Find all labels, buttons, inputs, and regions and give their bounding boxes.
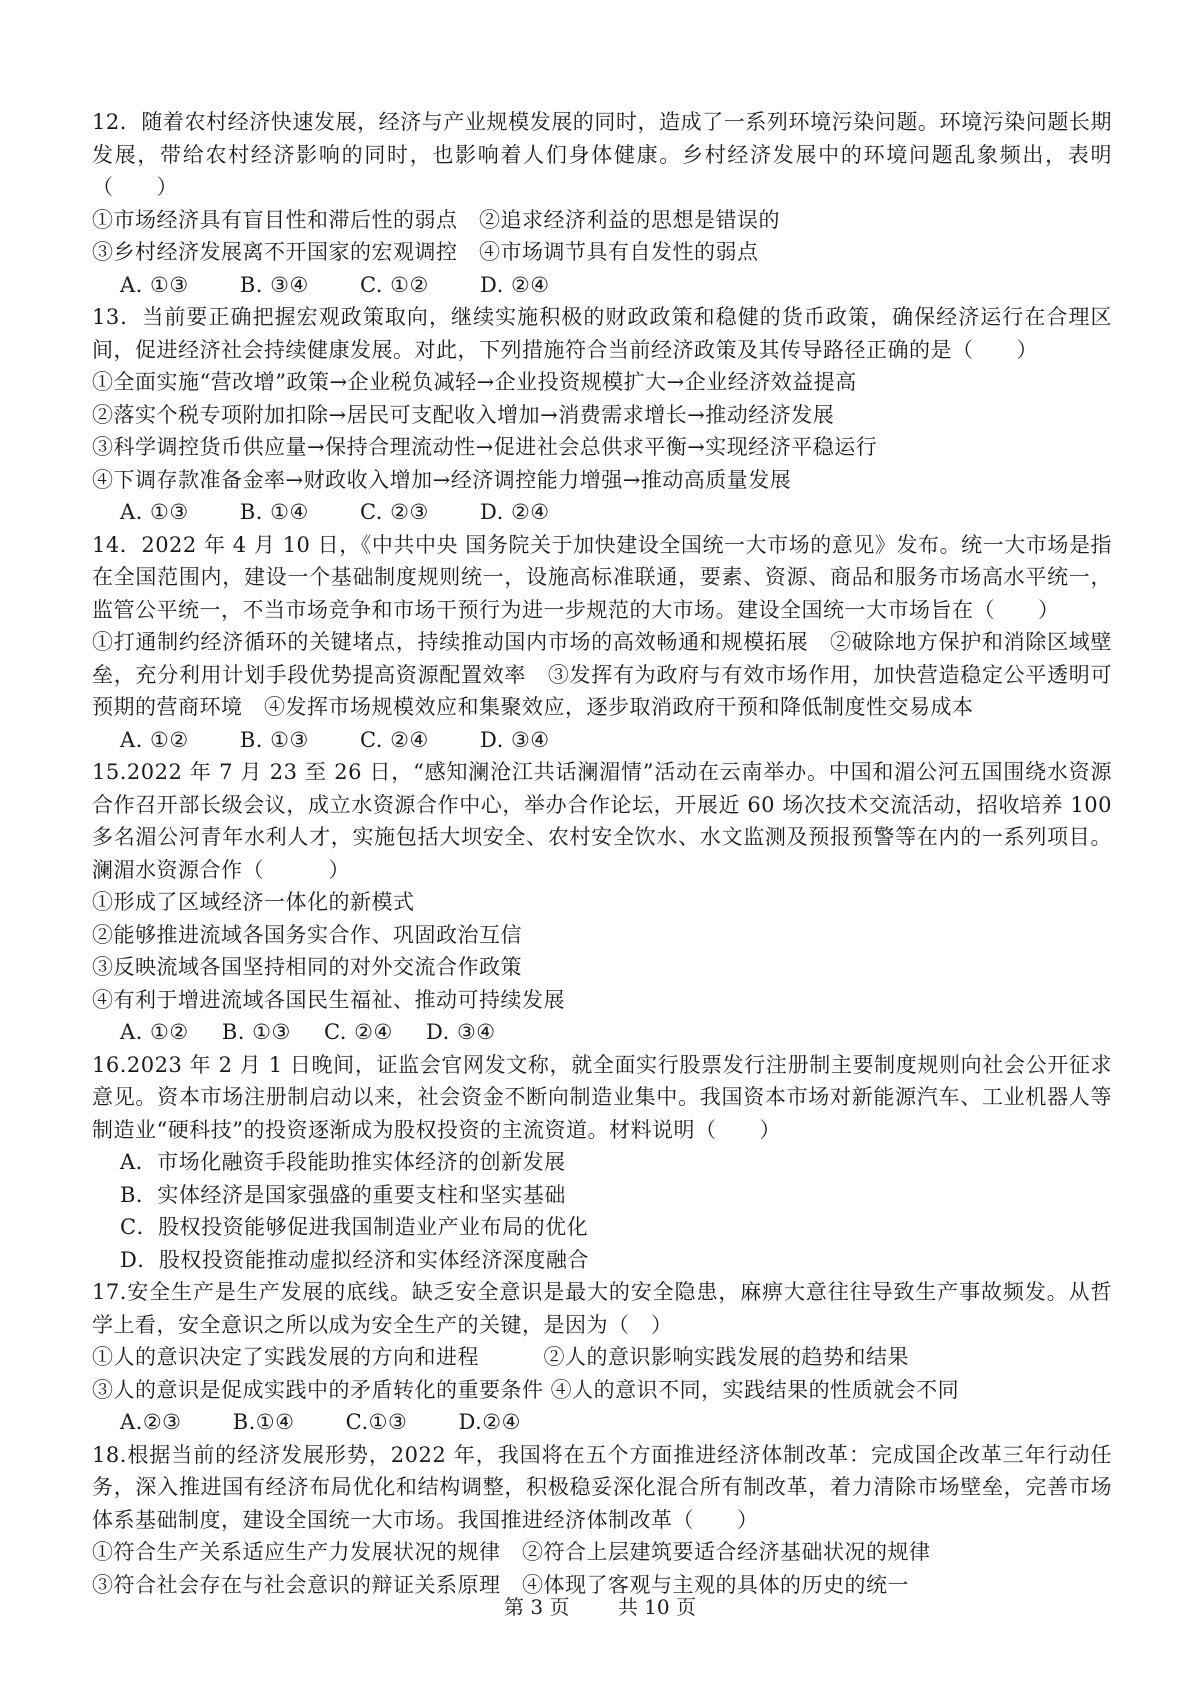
question-18: 18.根据当前的经济发展形势，2022 年，我国将在五个方面推进经济体制改革：完… [92,1439,1112,1602]
choice-d: D. ②④ [480,269,550,302]
choice-c: C. ①② [360,269,429,302]
question-14: 14．2022 年 4 月 10 日，《中共中央 国务院关于加快建设全国统一大市… [92,529,1112,757]
choice-d: D. ③④ [480,724,550,757]
question-16-choice-c: C．股权投资能够促进我国制造业产业布局的优化 [92,1211,1112,1244]
question-13: 13．当前要正确把握宏观政策取向，继续实施积极的财政政策和稳健的货币政策，确保经… [92,301,1112,529]
question-15-items-line-3: ③反映流域各国坚持相同的对外交流合作政策 [92,951,1112,984]
choice-c: C. ②③ [360,496,429,529]
total-pages: 共 10 页 [618,1592,696,1622]
choice-a: A. ①② [120,724,189,757]
question-12: 12．随着农村经济快速发展，经济与产业规模发展的同时，造成了一系列环境污染问题。… [92,106,1112,301]
question-16-choice-a: A．市场化融资手段能助推实体经济的创新发展 [92,1146,1112,1179]
question-15-items-line-1: ①形成了区域经济一体化的新模式 [92,886,1112,919]
exam-content: 12．随着农村经济快速发展，经济与产业规模发展的同时，造成了一系列环境污染问题。… [92,106,1112,1601]
question-13-stem: 13．当前要正确把握宏观政策取向，继续实施积极的财政政策和稳健的货币政策，确保经… [92,301,1112,366]
choice-c: C.①③ [346,1406,408,1439]
choice-a: A.②③ [120,1406,182,1439]
question-18-items-line-1: ①符合生产关系适应生产力发展状况的规律 ②符合上层建筑要适合经济基础状况的规律 [92,1536,1112,1569]
choice-b: B. ③④ [240,269,309,302]
choice-b: B. ①③ [240,724,309,757]
question-12-items-line-2: ③乡村经济发展离不开国家的宏观调控 ④市场调节具有自发性的弱点 [92,236,1112,269]
question-13-items-line-3: ③科学调控货币供应量→保持合理流动性→促进社会总供求平衡→实现经济平稳运行 [92,431,1112,464]
question-14-choices: A. ①② B. ①③ C. ②④ D. ③④ [92,724,1112,757]
page-footer: 第 3 页 共 10 页 [0,1592,1200,1622]
question-17: 17.安全生产是生产发展的底线。缺乏安全意识是最大的安全隐患，麻痹大意往往导致生… [92,1276,1112,1439]
choice-b: B.①④ [233,1406,295,1439]
question-12-choices: A. ①③ B. ③④ C. ①② D. ②④ [92,269,1112,302]
question-14-stem: 14．2022 年 4 月 10 日，《中共中央 国务院关于加快建设全国统一大市… [92,529,1112,627]
question-17-items-line-1: ①人的意识决定了实践发展的方向和进程 ②人的意识影响实践发展的趋势和结果 [92,1341,1112,1374]
question-12-stem: 12．随着农村经济快速发展，经济与产业规模发展的同时，造成了一系列环境污染问题。… [92,106,1112,204]
choice-a: A. ①③ [120,269,189,302]
question-15-stem: 15.2022 年 7 月 23 至 26 日，“感知澜沧江共话澜湄情”活动在云… [92,756,1112,886]
question-13-items-line-1: ①全面实施“营改增”政策→企业税负减轻→企业投资规模扩大→企业经济效益提高 [92,366,1112,399]
question-16-choice-d: D．股权投资能推动虚拟经济和实体经济深度融合 [92,1244,1112,1277]
question-15-choices: A. ①② B. ①③ C. ②④ D. ③④ [92,1016,1112,1049]
question-18-stem: 18.根据当前的经济发展形势，2022 年，我国将在五个方面推进经济体制改革：完… [92,1439,1112,1537]
question-16-stem: 16.2023 年 2 月 1 日晚间，证监会官网发文称，就全面实行股票发行注册… [92,1049,1112,1147]
question-14-items: ①打通制约经济循环的关键堵点，持续推动国内市场的高效畅通和规模拓展 ②破除地方保… [92,626,1112,724]
question-16: 16.2023 年 2 月 1 日晚间，证监会官网发文称，就全面实行股票发行注册… [92,1049,1112,1277]
choice-d: D.②④ [458,1406,520,1439]
choice-b: B. ①③ [222,1016,291,1049]
page-number: 第 3 页 [504,1592,569,1622]
choice-d: D. ②④ [480,496,550,529]
choice-a: A. ①② [120,1016,189,1049]
choice-c: C. ②④ [360,724,429,757]
question-17-stem: 17.安全生产是生产发展的底线。缺乏安全意识是最大的安全隐患，麻痹大意往往导致生… [92,1276,1112,1341]
choice-a: A. ①③ [120,496,189,529]
choice-c: C. ②④ [324,1016,393,1049]
question-15: 15.2022 年 7 月 23 至 26 日，“感知澜沧江共话澜湄情”活动在云… [92,756,1112,1049]
question-15-items-line-2: ②能够推进流域各国务实合作、巩固政治互信 [92,919,1112,952]
question-17-choices: A.②③ B.①④ C.①③ D.②④ [92,1406,1112,1439]
choice-d: D. ③④ [426,1016,496,1049]
question-13-items-line-2: ②落实个税专项附加扣除→居民可支配收入增加→消费需求增长→推动经济发展 [92,399,1112,432]
question-13-items-line-4: ④下调存款准备金率→财政收入增加→经济调控能力增强→推动高质量发展 [92,464,1112,497]
question-12-items-line-1: ①市场经济具有盲目性和滞后性的弱点 ②追求经济利益的思想是错误的 [92,204,1112,237]
question-17-items-line-2: ③人的意识是促成实践中的矛盾转化的重要条件 ④人的意识不同，实践结果的性质就会不… [92,1374,1112,1407]
document-page: 12．随着农村经济快速发展，经济与产业规模发展的同时，造成了一系列环境污染问题。… [0,0,1200,1698]
choice-b: B. ①④ [240,496,309,529]
question-16-choice-b: B．实体经济是国家强盛的重要支柱和坚实基础 [92,1179,1112,1212]
question-13-choices: A. ①③ B. ①④ C. ②③ D. ②④ [92,496,1112,529]
question-15-items-line-4: ④有利于增进流域各国民生福祉、推动可持续发展 [92,984,1112,1017]
